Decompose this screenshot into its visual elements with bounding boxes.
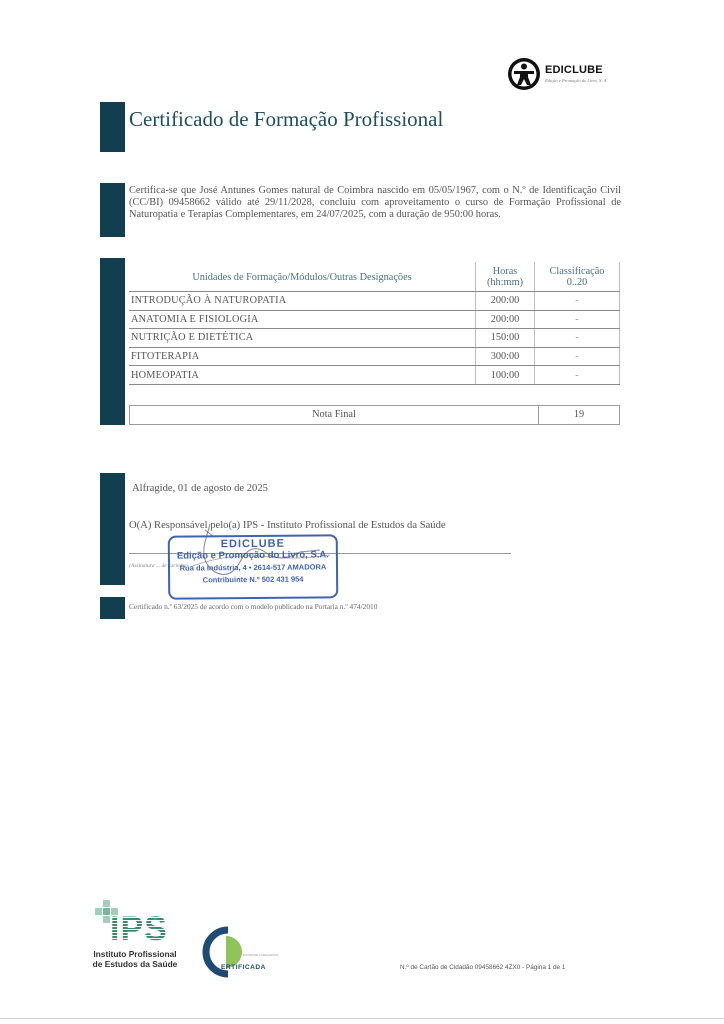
footer-citizen-card-page: N.º de Cartão de Cidadão 09458662 4ZX0 -… [400,964,565,971]
final-grade-value: 19 [539,406,619,424]
module-grade: - [535,292,620,311]
ips-letters: IPS [110,912,168,946]
certification-statement: Certifica-se que José Antunes Gomes natu… [129,185,621,222]
module-name: FITOTERAPIA [129,347,476,366]
header-module: Unidades de Formação/Módulos/Outras Desi… [129,262,476,292]
logo-tagline: Edição e Promoção do Livro, S. A. [545,79,607,84]
certified-caption: ENTIDADE FORMADORA [243,953,279,957]
certified-text: ERTIFICADA [221,964,266,971]
place-date: Alfragide, 01 de agosto de 2025 [132,483,268,494]
module-hours: 300:00 [476,347,535,366]
module-hours: 200:00 [476,292,535,311]
module-grade: - [535,366,620,385]
table-row: NUTRIÇÃO E DIETÉTICA 150:00 - [129,329,620,348]
intro-accent-bar [100,183,125,237]
ediclube-figure-icon [508,58,540,90]
modules-table: Unidades de Formação/Módulos/Outras Desi… [129,262,620,385]
module-hours: 200:00 [476,310,535,329]
table-row: ANATOMIA E FISIOLOGIA 200:00 - [129,310,620,329]
handwritten-signature [170,522,340,592]
title-accent-bar [100,102,125,152]
module-name: HOMEOPATIA [129,366,476,385]
module-name: ANATOMIA E FISIOLOGIA [129,310,476,329]
certificate-accent-bar [100,597,125,619]
final-grade-label: Nota Final [130,406,539,424]
header-hours: Horas(hh:mm) [476,262,535,292]
table-row: HOMEOPATIA 100:00 - [129,366,620,385]
table-row: INTRODUÇÃO À NATUROPATIA 200:00 - [129,292,620,311]
ips-name: Instituto Profissionalde Estudos da Saúd… [85,949,185,969]
module-name: NUTRIÇÃO E DIETÉTICA [129,329,476,348]
table-accent-bar [100,258,125,425]
module-hours: 150:00 [476,329,535,348]
logo-name: EDICLUBE [545,65,607,76]
module-name: INTRODUÇÃO À NATUROPATIA [129,292,476,311]
module-grade: - [535,347,620,366]
table-row: FITOTERAPIA 300:00 - [129,347,620,366]
header-grade: Classificação0..20 [535,262,620,292]
table-header-row: Unidades de Formação/Módulos/Outras Desi… [129,262,620,292]
final-grade-row: Nota Final 19 [129,405,620,425]
module-hours: 100:00 [476,366,535,385]
page-title: Certificado de Formação Profissional [129,107,443,132]
ediclube-logo: EDICLUBE Edição e Promoção do Livro, S. … [508,58,607,90]
certificate-number: Certificado n.º 63/2025 de acordo com o … [129,602,377,611]
certified-entity-logo: ENTIDADE FORMADORA ERTIFICADA [198,926,288,978]
module-grade: - [535,310,620,329]
signature-accent-bar [100,473,125,585]
page-bottom-edge [0,1018,724,1019]
module-grade: - [535,329,620,348]
